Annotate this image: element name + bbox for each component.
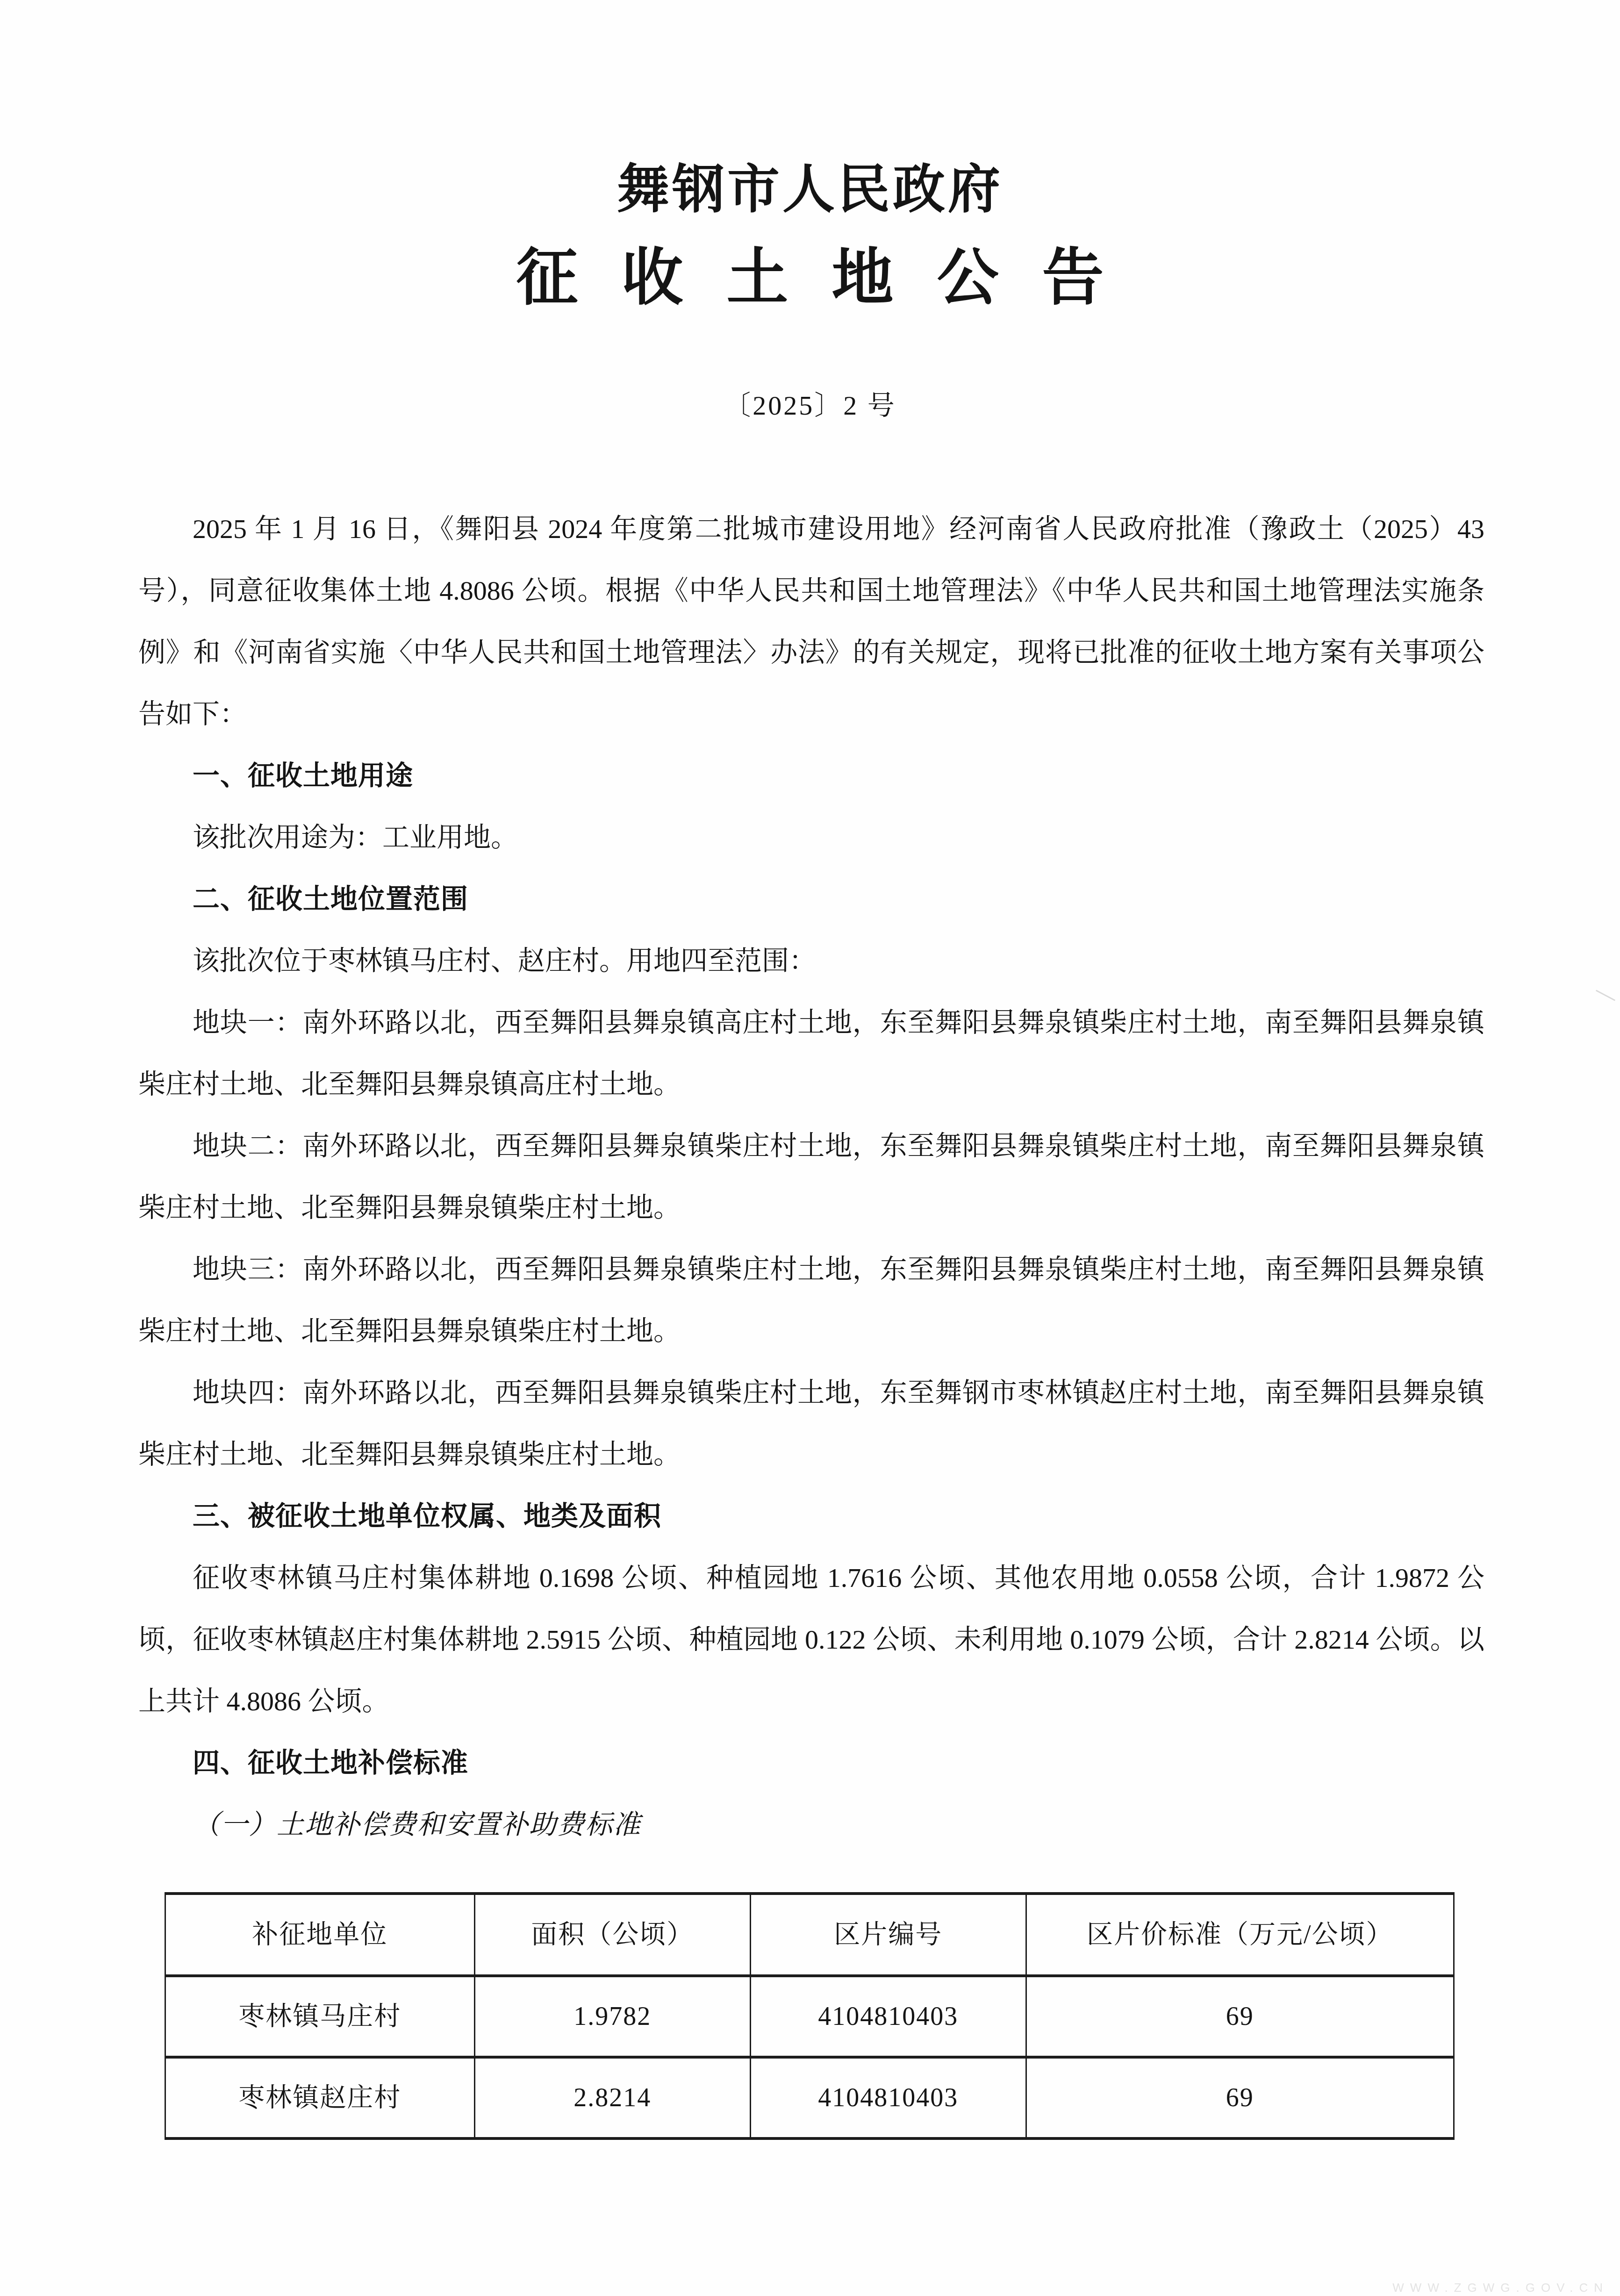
col-header-unit: 补征地单位 (165, 1894, 475, 1976)
section-2-paragraph-parcel-4: 地块四：南外环路以北，西至舞阳县舞泉镇柴庄村土地，东至舞钢市枣林镇赵庄村土地，南… (138, 1362, 1484, 1485)
intro-paragraph: 2025 年 1 月 16 日，《舞阳县 2024 年度第二批城市建设用地》经河… (138, 498, 1484, 745)
col-header-price-standard: 区片价标准（万元/公顷） (1026, 1894, 1454, 1976)
section-2-paragraph-parcel-3: 地块三：南外环路以北，西至舞阳县舞泉镇柴庄村土地，东至舞阳县舞泉镇柴庄村土地，南… (138, 1239, 1484, 1362)
cell-block-code: 4104810403 (750, 1976, 1026, 2057)
cell-price: 69 (1026, 1976, 1454, 2057)
document-body: 2025 年 1 月 16 日，《舞阳县 2024 年度第二批城市建设用地》经河… (138, 498, 1484, 2140)
cell-area: 2.8214 (474, 2057, 750, 2138)
cell-unit: 枣林镇马庄村 (165, 1976, 475, 2057)
table-header-row: 补征地单位 面积（公顷） 区片编号 区片价标准（万元/公顷） (165, 1894, 1454, 1976)
doc-number: 〔2025〕2 号 (0, 389, 1620, 422)
section-2-paragraph-parcel-2: 地块二：南外环路以北，西至舞阳县舞泉镇柴庄村土地，东至舞阳县舞泉镇柴庄村土地，南… (138, 1115, 1484, 1239)
col-header-block-code: 区片编号 (750, 1894, 1026, 1976)
section-3-paragraph-areas: 征收枣林镇马庄村集体耕地 0.1698 公顷、种植园地 1.7616 公顷、其他… (138, 1547, 1484, 1732)
cell-unit: 枣林镇赵庄村 (165, 2057, 475, 2138)
section-2-heading: 二、征收土地位置范围 (138, 868, 1484, 930)
table-row: 枣林镇赵庄村 2.8214 4104810403 69 (165, 2057, 1454, 2138)
section-2-paragraph-parcel-1: 地块一：南外环路以北，西至舞阳县舞泉镇高庄村土地，东至舞阳县舞泉镇柴庄村土地，南… (138, 992, 1484, 1115)
cell-price: 69 (1026, 2057, 1454, 2138)
site-watermark: www.zgwg.gov.cn (1392, 2281, 1609, 2295)
section-1-paragraph: 该批次用途为：工业用地。 (138, 807, 1484, 868)
section-2-paragraph-location: 该批次位于枣林镇马庄村、赵庄村。用地四至范围： (138, 930, 1484, 992)
section-1-heading: 一、征收土地用途 (138, 745, 1484, 807)
subsection-heading: （一）土地补偿费和安置补助费标准 (138, 1794, 1484, 1856)
scanned-document-page: 舞钢市人民政府 征 收 土 地 公 告 〔2025〕2 号 2025 年 1 月… (0, 0, 1620, 2296)
cell-block-code: 4104810403 (750, 2057, 1026, 2138)
table-row: 枣林镇马庄村 1.9782 4104810403 69 (165, 1976, 1454, 2057)
section-3-heading: 三、被征收土地单位权属、地类及面积 (138, 1485, 1484, 1547)
org-title: 舞钢市人民政府 (0, 159, 1620, 222)
scan-artifact (1596, 990, 1615, 1001)
section-4-heading: 四、征收土地补偿标准 (138, 1732, 1484, 1794)
col-header-area: 面积（公顷） (474, 1894, 750, 1976)
doc-title: 征 收 土 地 公 告 (0, 239, 1620, 316)
compensation-table: 补征地单位 面积（公顷） 区片编号 区片价标准（万元/公顷） 枣林镇马庄村 1.… (165, 1892, 1455, 2140)
cell-area: 1.9782 (474, 1976, 750, 2057)
